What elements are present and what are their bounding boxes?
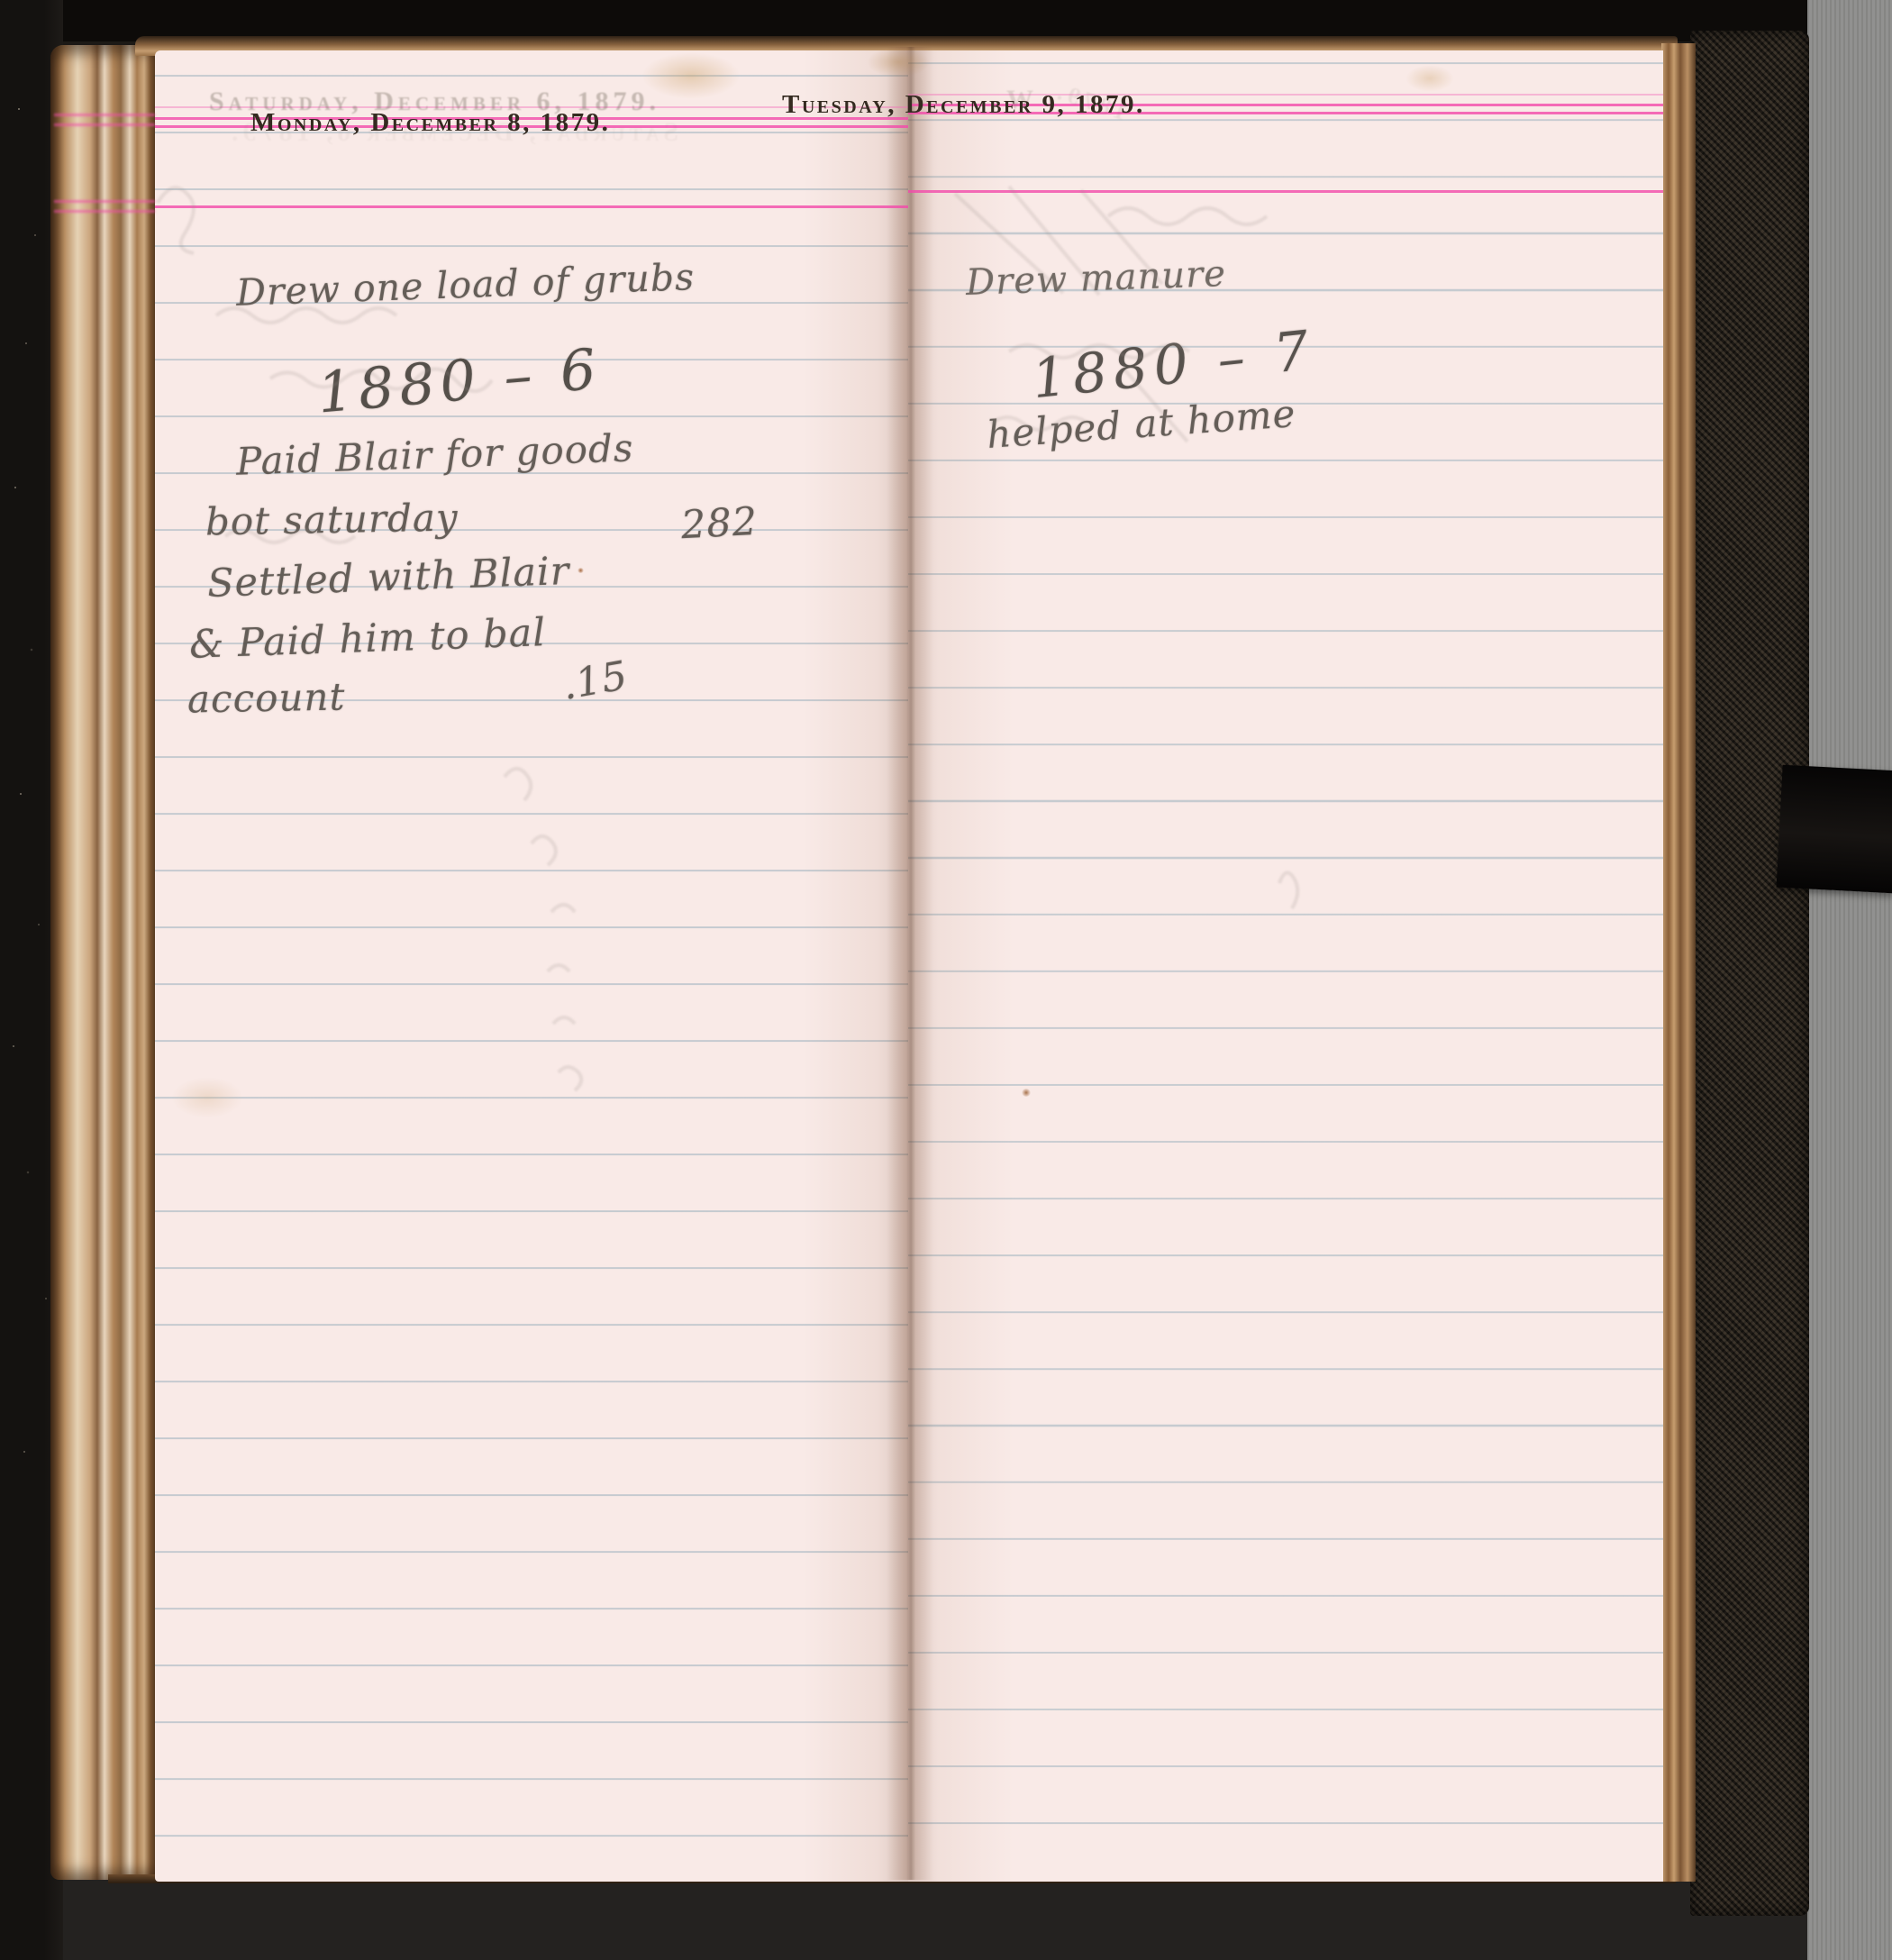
pink-rule-edge: [54, 114, 155, 116]
handwriting-line: account: [187, 674, 346, 721]
paper-stain: [578, 568, 584, 573]
pink-rule-edge: [54, 200, 155, 203]
scan-shadow-bottom: [0, 1880, 1807, 1960]
handwriting-line: bot saturday: [205, 496, 459, 544]
left-page-date-header: Monday, December 8, 1879.: [250, 108, 610, 138]
right-page-date-header: Tuesday, December 9, 1879.: [782, 90, 1145, 120]
book-cover: [1690, 31, 1809, 1916]
paper-stain: [641, 52, 741, 99]
paper-stain: [1405, 65, 1454, 92]
page-edges-right: [1661, 43, 1696, 1882]
book-gutter: [887, 47, 933, 1880]
pink-rule: [155, 205, 908, 208]
left-page: [155, 50, 908, 1882]
paper-stain: [867, 47, 930, 77]
dust-specks: [18, 108, 20, 110]
pink-rule-edge: [54, 123, 155, 126]
paper-stain: [1022, 1089, 1031, 1097]
pink-rule-edge: [54, 210, 155, 213]
diary-scan: Saturday, December 6, 1879. Saturday, De…: [0, 0, 1892, 1960]
paper-stain: [171, 1077, 243, 1118]
scanner-background: [1807, 0, 1892, 1960]
book-strap: [1777, 765, 1892, 894]
pink-rule: [908, 190, 1663, 193]
page-edges-left: [50, 45, 157, 1880]
handwriting-amount: 282: [680, 499, 760, 548]
